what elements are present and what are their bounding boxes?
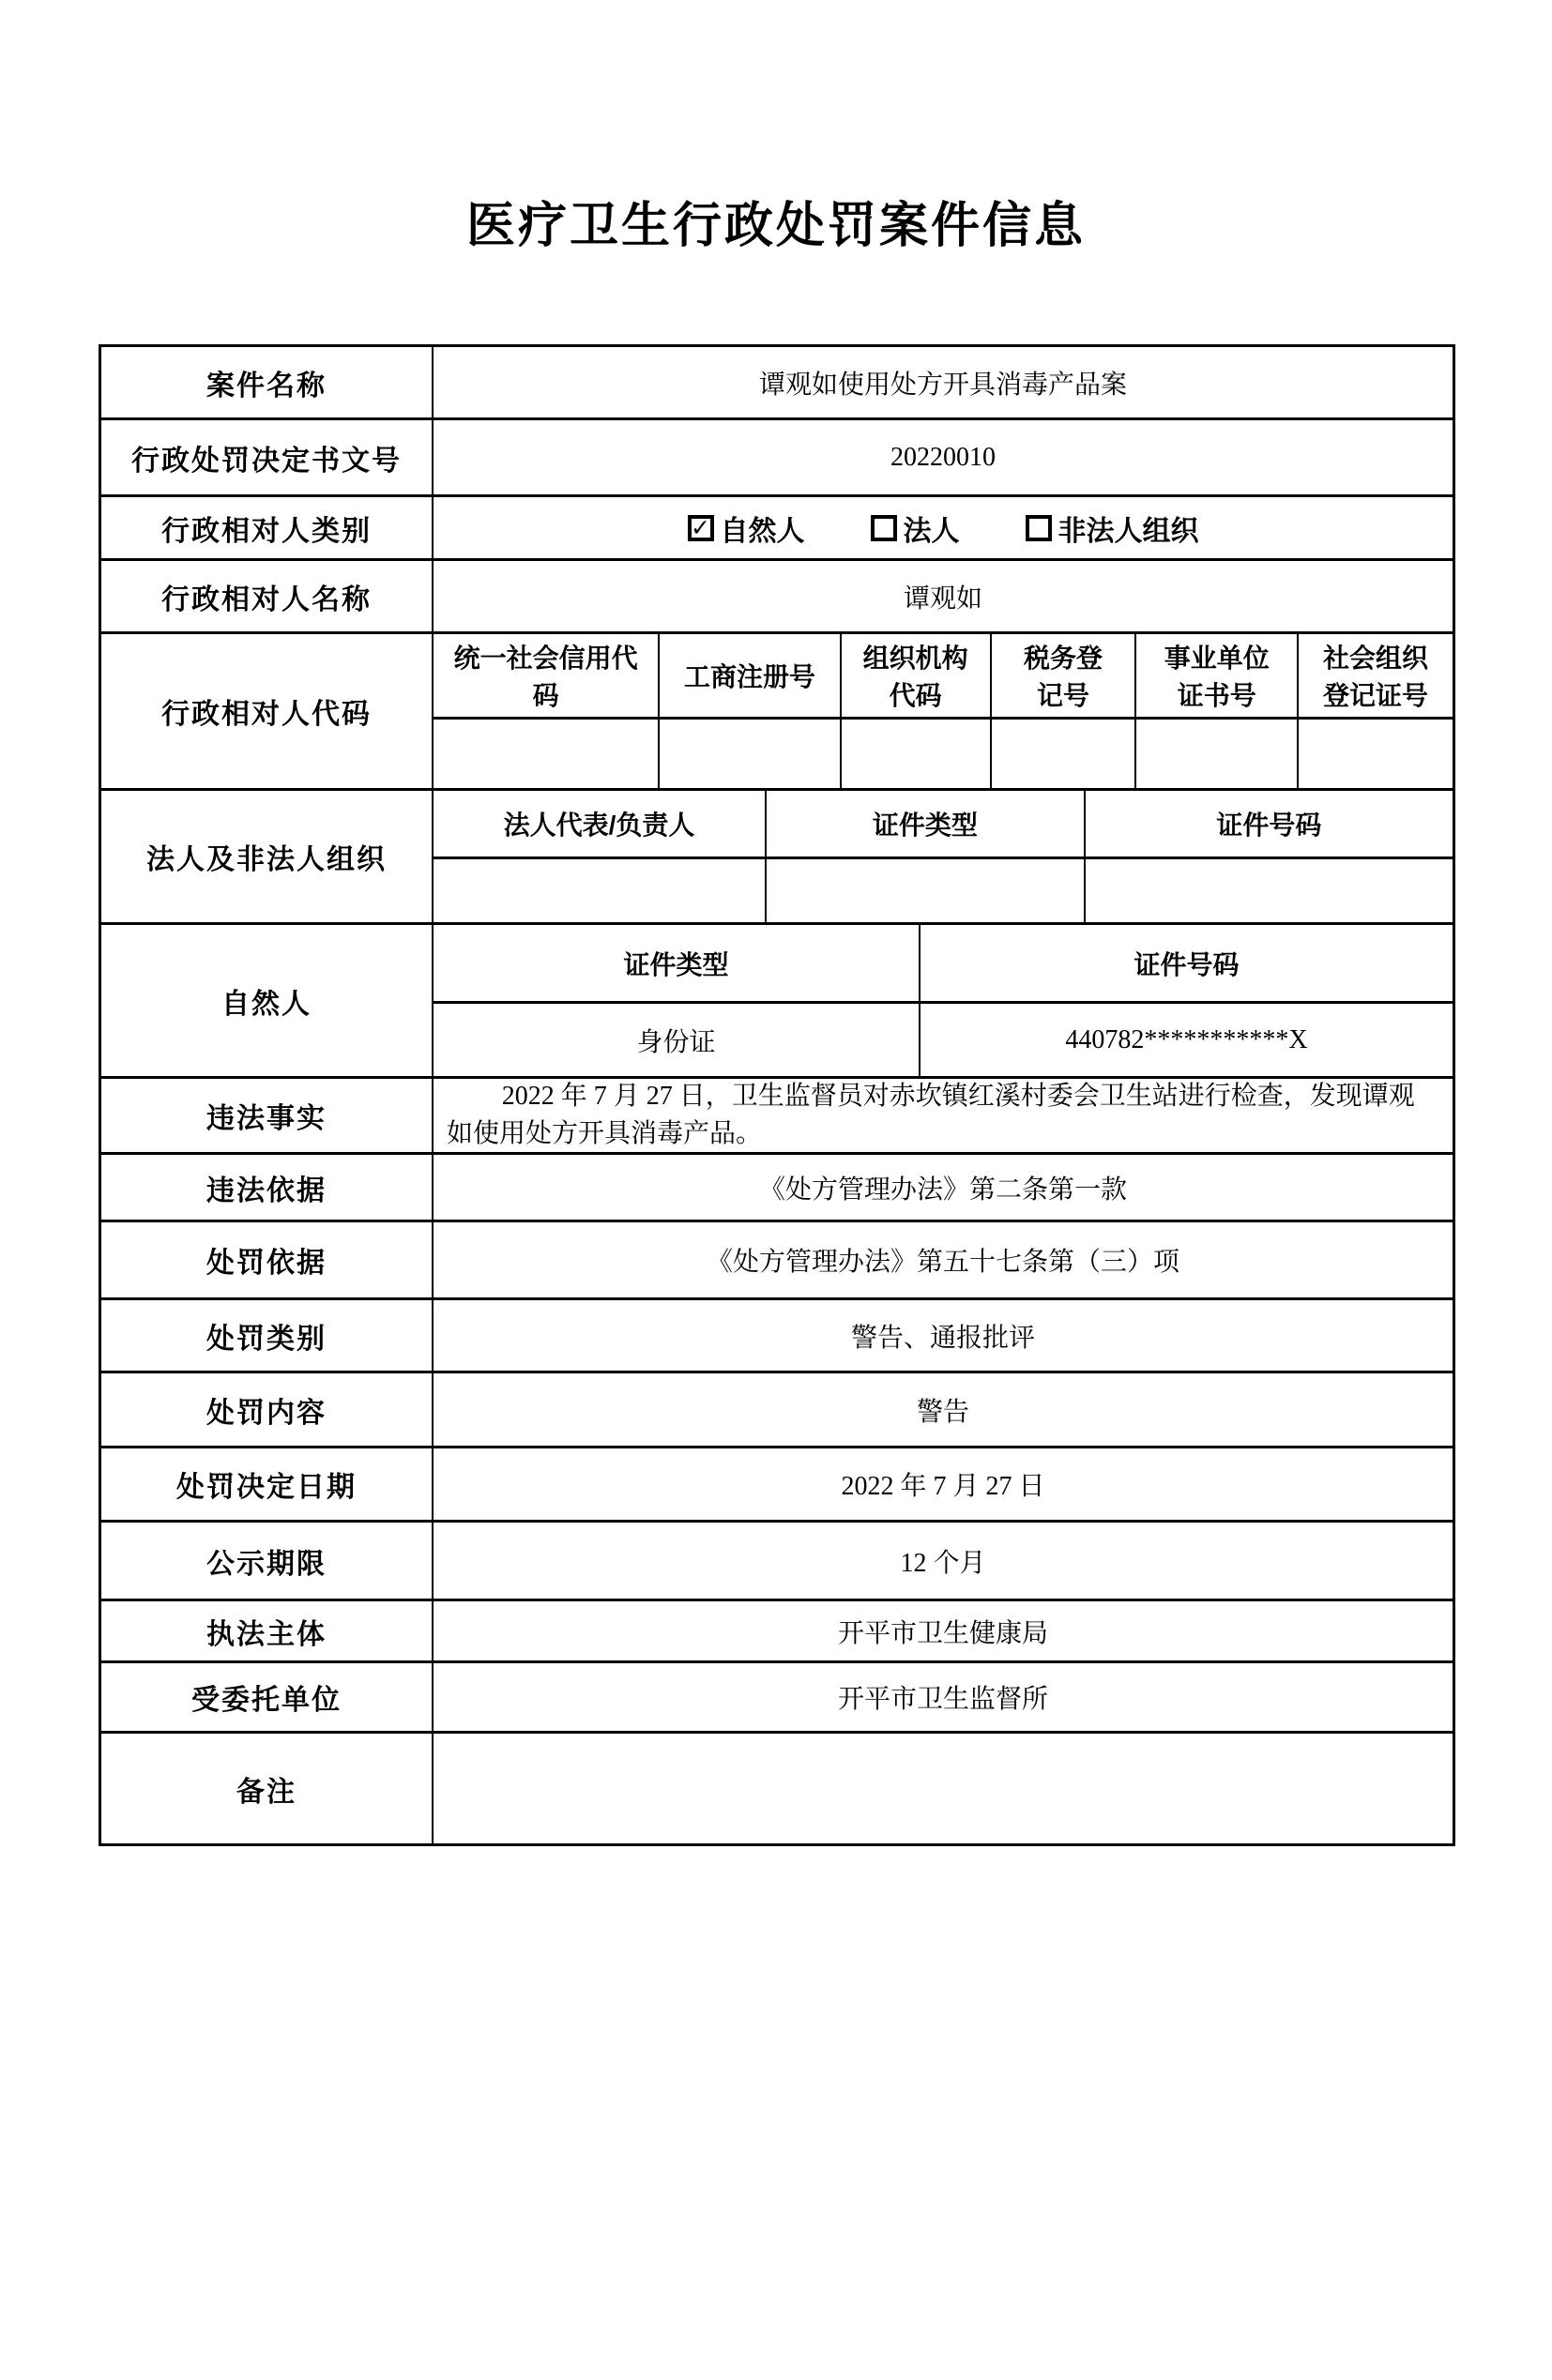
case-name-value: 谭观如使用处方开具消毒产品案 (432, 347, 1453, 417)
table-row-enforcement-body: 执法主体 开平市卫生健康局 (101, 1599, 1453, 1660)
penalty-category-value: 警告、通报批评 (432, 1300, 1453, 1371)
legal-org-value-cert-number (1084, 859, 1453, 922)
code-column-uscc: 统一社会信用代码 (434, 634, 658, 717)
table-row-remarks: 备注 (101, 1731, 1453, 1843)
code-value-institution-cert (1134, 720, 1297, 788)
penalty-basis-label: 处罚依据 (101, 1222, 432, 1297)
penalty-content-label: 处罚内容 (101, 1373, 432, 1446)
publicity-period-value: 12 个月 (432, 1523, 1453, 1599)
party-codes-label: 行政相对人代码 (101, 634, 432, 788)
table-row-publicity-period: 公示期限 12 个月 (101, 1520, 1453, 1599)
option-legal-person: 法人 (871, 508, 960, 549)
table-row-party-codes: 行政相对人代码 统一社会信用代码 工商注册号 组织机构代码 税务登记号 事业单位… (101, 631, 1453, 788)
code-column-social-org-reg: 社会组织登记证号 (1297, 634, 1453, 717)
legal-org-header-row: 法人代表/负责人 证件类型 证件号码 (434, 791, 1453, 856)
code-column-institution-cert: 事业单位证书号 (1134, 634, 1297, 717)
table-row-decision-number: 行政处罚决定书文号 20220010 (101, 417, 1453, 494)
option-natural-person: ✓ 自然人 (688, 508, 805, 549)
table-row-penalty-content: 处罚内容 警告 (101, 1371, 1453, 1446)
legal-org-column-cert-type: 证件类型 (765, 791, 1084, 856)
remarks-label: 备注 (101, 1734, 432, 1843)
table-row-natural-person: 自然人 证件类型 证件号码 身份证 440782***********X (101, 922, 1453, 1076)
table-row-entrusted-unit: 受委托单位 开平市卫生监督所 (101, 1660, 1453, 1731)
party-category-options: ✓ 自然人 法人 非法人组织 (432, 497, 1453, 558)
natural-person-value-row: 身份证 440782***********X (434, 1001, 1453, 1076)
legal-org-column-representative: 法人代表/负责人 (434, 791, 765, 856)
legal-org-column-cert-number: 证件号码 (1084, 791, 1453, 856)
code-column-tax-reg: 税务登记号 (990, 634, 1135, 717)
illegal-facts-text: 2022 年 7 月 27 日，卫生监督员对赤坎镇红溪村委会卫生站进行检查，发现… (445, 1078, 1441, 1153)
remarks-value (432, 1734, 1453, 1843)
entrusted-unit-label: 受委托单位 (101, 1663, 432, 1731)
legal-org-value-cert-type (765, 859, 1084, 922)
party-name-label: 行政相对人名称 (101, 561, 432, 631)
case-name-label: 案件名称 (101, 347, 432, 417)
legal-org-label: 法人及非法人组织 (101, 791, 432, 922)
code-value-org-code (840, 720, 990, 788)
publicity-period-label: 公示期限 (101, 1523, 432, 1599)
legal-org-grid: 法人代表/负责人 证件类型 证件号码 (432, 791, 1453, 922)
case-info-table: 案件名称 谭观如使用处方开具消毒产品案 行政处罚决定书文号 20220010 行… (99, 344, 1455, 1846)
penalty-content-value: 警告 (432, 1373, 1453, 1446)
table-row-illegal-basis: 违法依据 《处方管理办法》第二条第一款 (101, 1152, 1453, 1220)
decision-number-value: 20220010 (432, 420, 1453, 494)
option-legal-person-label: 法人 (904, 508, 960, 549)
penalty-category-label: 处罚类别 (101, 1300, 432, 1371)
table-row-penalty-basis: 处罚依据 《处方管理办法》第五十七条第（三）项 (101, 1220, 1453, 1297)
party-codes-grid: 统一社会信用代码 工商注册号 组织机构代码 税务登记号 事业单位证书号 社会组织… (432, 634, 1453, 788)
penalty-basis-value: 《处方管理办法》第五十七条第（三）项 (432, 1222, 1453, 1297)
code-value-business-reg (658, 720, 840, 788)
option-natural-person-label: 自然人 (721, 508, 805, 549)
natural-person-grid: 证件类型 证件号码 身份证 440782***********X (432, 925, 1453, 1076)
code-column-business-reg: 工商注册号 (658, 634, 840, 717)
natural-person-column-cert-number: 证件号码 (919, 925, 1453, 1001)
natural-person-cert-type-value: 身份证 (434, 1004, 919, 1076)
checkbox-unchecked-icon (871, 515, 897, 541)
penalty-date-label: 处罚决定日期 (101, 1448, 432, 1520)
party-category-label: 行政相对人类别 (101, 497, 432, 558)
party-codes-header-row: 统一社会信用代码 工商注册号 组织机构代码 税务登记号 事业单位证书号 社会组织… (434, 634, 1453, 717)
table-row-penalty-date: 处罚决定日期 2022 年 7 月 27 日 (101, 1446, 1453, 1520)
legal-org-value-row (434, 856, 1453, 922)
table-row-legal-org: 法人及非法人组织 法人代表/负责人 证件类型 证件号码 (101, 788, 1453, 922)
enforcement-body-value: 开平市卫生健康局 (432, 1601, 1453, 1660)
natural-person-label: 自然人 (101, 925, 432, 1076)
enforcement-body-label: 执法主体 (101, 1601, 432, 1660)
illegal-facts-label: 违法事实 (101, 1079, 432, 1152)
entrusted-unit-value: 开平市卫生监督所 (432, 1663, 1453, 1731)
illegal-basis-label: 违法依据 (101, 1155, 432, 1220)
table-row-penalty-category: 处罚类别 警告、通报批评 (101, 1297, 1453, 1371)
checkbox-unchecked-icon (1026, 515, 1052, 541)
natural-person-column-cert-type: 证件类型 (434, 925, 919, 1001)
natural-person-cert-number-value: 440782***********X (919, 1004, 1453, 1076)
code-value-social-org-reg (1297, 720, 1453, 788)
code-column-org-code: 组织机构代码 (840, 634, 990, 717)
option-non-legal-org-label: 非法人组织 (1058, 508, 1199, 549)
party-codes-value-row (434, 717, 1453, 788)
table-row-illegal-facts: 违法事实 2022 年 7 月 27 日，卫生监督员对赤坎镇红溪村委会卫生站进行… (101, 1076, 1453, 1152)
code-value-tax-reg (990, 720, 1135, 788)
table-row-case-name: 案件名称 谭观如使用处方开具消毒产品案 (101, 347, 1453, 417)
legal-org-value-representative (434, 859, 765, 922)
penalty-date-value: 2022 年 7 月 27 日 (432, 1448, 1453, 1520)
illegal-facts-value: 2022 年 7 月 27 日，卫生监督员对赤坎镇红溪村委会卫生站进行检查，发现… (432, 1079, 1453, 1152)
option-non-legal-org: 非法人组织 (1026, 508, 1199, 549)
checkbox-checked-icon: ✓ (688, 515, 714, 541)
illegal-basis-value: 《处方管理办法》第二条第一款 (432, 1155, 1453, 1220)
table-row-party-name: 行政相对人名称 谭观如 (101, 558, 1453, 631)
party-name-value: 谭观如 (432, 561, 1453, 631)
natural-person-header-row: 证件类型 证件号码 (434, 925, 1453, 1001)
code-value-uscc (434, 720, 658, 788)
page-title: 医疗卫生行政处罚案件信息 (0, 186, 1552, 256)
document-page: 医疗卫生行政处罚案件信息 案件名称 谭观如使用处方开具消毒产品案 行政处罚决定书… (0, 186, 1552, 1846)
table-row-party-category: 行政相对人类别 ✓ 自然人 法人 非法人组织 (101, 494, 1453, 558)
decision-number-label: 行政处罚决定书文号 (101, 420, 432, 494)
